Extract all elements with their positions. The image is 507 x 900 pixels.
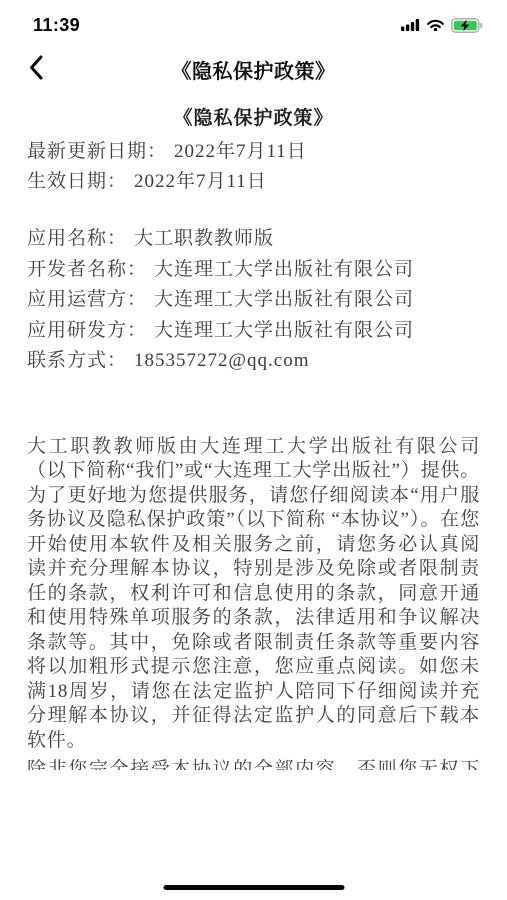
effective-date-label: 生效日期：: [27, 171, 127, 192]
rd-value: 大连理工大学出版社有限公司: [154, 320, 414, 341]
app-name-value: 大工职教教师版: [134, 228, 274, 249]
wifi-icon: [427, 19, 444, 31]
battery-charging-icon: [451, 18, 483, 33]
contact-label: 联系方式：: [27, 350, 127, 371]
cellular-signal-icon: [401, 19, 420, 31]
contact-value: 185357272@qq.com: [134, 350, 309, 371]
developer-label: 开发者名称：: [27, 259, 147, 280]
policy-paragraph-1: 大工职教教师版由大连理工大学出版社有限公司（以下简称“我们”或“大连理工大学出版…: [27, 435, 480, 754]
policy-scroll-area[interactable]: 《隐私保护政策》 最新更新日期：2022年7月11日 生效日期：2022年7月1…: [0, 94, 507, 770]
app-name-row: 应用名称：大工职教教师版: [27, 224, 480, 255]
update-date-row: 最新更新日期：2022年7月11日: [27, 137, 480, 167]
app-name-label: 应用名称：: [27, 228, 127, 249]
effective-date-row: 生效日期：2022年7月11日: [27, 167, 480, 197]
operator-row: 应用运营方：大连理工大学出版社有限公司: [27, 285, 480, 316]
contact-row: 联系方式：185357272@qq.com: [27, 346, 480, 377]
status-icons: [401, 18, 483, 33]
effective-date-value: 2022年7月11日: [134, 171, 267, 192]
date-meta-block: 最新更新日期：2022年7月11日 生效日期：2022年7月11日: [27, 137, 480, 197]
page-title: 《隐私保护政策》: [172, 55, 336, 84]
back-button[interactable]: [18, 52, 52, 86]
developer-row: 开发者名称：大连理工大学出版社有限公司: [27, 255, 480, 286]
rd-row: 应用研发方：大连理工大学出版社有限公司: [27, 316, 480, 347]
operator-label: 应用运营方：: [27, 289, 147, 310]
status-bar: 11:39: [0, 0, 507, 44]
phone-screen: 11:39: [0, 0, 507, 900]
developer-value: 大连理工大学出版社有限公司: [154, 259, 414, 280]
home-indicator[interactable]: [163, 885, 344, 891]
operator-value: 大连理工大学出版社有限公司: [154, 289, 414, 310]
document-title: 《隐私保护政策》: [27, 107, 480, 131]
chevron-left-icon: [27, 54, 44, 84]
nav-bar: 《隐私保护政策》: [0, 44, 507, 94]
update-date-label: 最新更新日期：: [27, 141, 167, 162]
rd-label: 应用研发方：: [27, 320, 147, 341]
update-date-value: 2022年7月11日: [174, 141, 307, 162]
policy-paragraph-2: 除非您完全接受本协议的全部内容，否则您无权下载，安装，注册，登录，使用（以下统称…: [27, 758, 480, 770]
app-info-block: 应用名称：大工职教教师版 开发者名称：大连理工大学出版社有限公司 应用运营方：大…: [27, 224, 480, 377]
status-time: 11:39: [33, 15, 80, 36]
policy-body: 大工职教教师版由大连理工大学出版社有限公司（以下简称“我们”或“大连理工大学出版…: [27, 435, 480, 771]
